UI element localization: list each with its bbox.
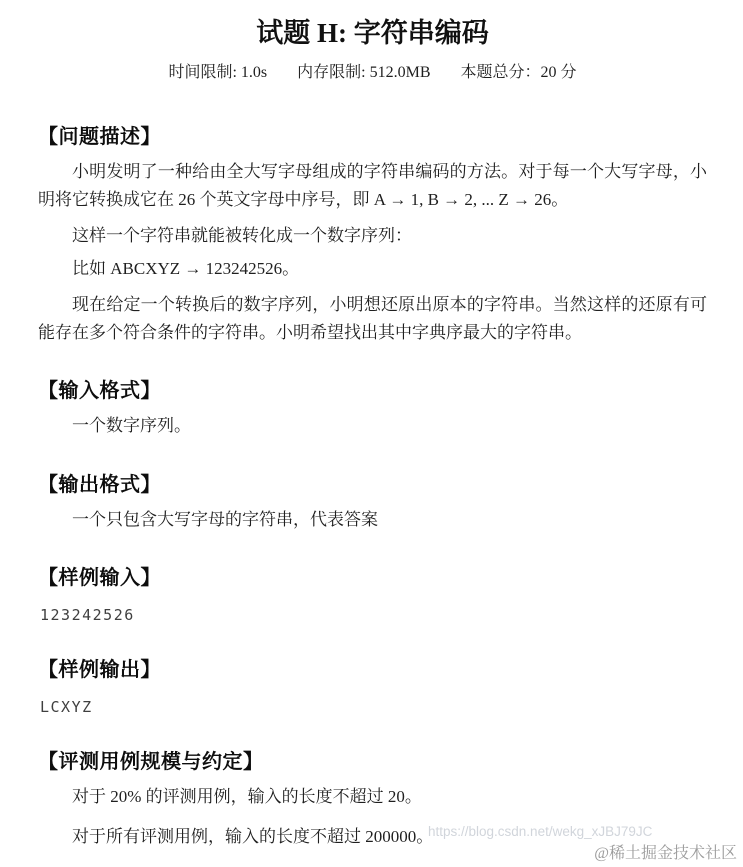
problem-paragraph: 小明发明了一种给由全大写字母组成的字符串编码的方法。对于每一个大写字母，小明将它…: [38, 158, 707, 213]
problem-statement-page: 试题 H: 字符串编码 时间限制: 1.0s 内存限制: 512.0MB 本题总…: [0, 0, 743, 867]
section-heading-constraints: 【评测用例规模与约定】: [38, 749, 707, 775]
input-format-paragraph: 一个数字序列。: [38, 412, 707, 440]
section-problem-description: 【问题描述】 小明发明了一种给由全大写字母组成的字符串编码的方法。对于每一个大写…: [38, 124, 707, 346]
constraints-paragraph: 对于 20% 的评测用例，输入的长度不超过 20。: [38, 783, 707, 811]
section-sample-input: 【样例输入】 123242526: [38, 565, 707, 625]
time-limit-label: 时间限制: 1.0s: [168, 64, 267, 81]
sample-input-value: 123242526: [40, 605, 707, 625]
output-format-paragraph: 一个只包含大写字母的字符串，代表答案: [38, 506, 707, 534]
section-heading-sample-output: 【样例输出】: [38, 657, 707, 683]
page-title: 试题 H: 字符串编码: [38, 16, 707, 50]
section-heading-input-format: 【输入格式】: [38, 378, 707, 404]
limits-bar: 时间限制: 1.0s 内存限制: 512.0MB 本题总分：20 分: [38, 62, 707, 84]
section-output-format: 【输出格式】 一个只包含大写字母的字符串，代表答案: [38, 472, 707, 534]
section-sample-output: 【样例输出】 LCXYZ: [38, 657, 707, 717]
section-heading-problem-description: 【问题描述】: [38, 124, 707, 150]
constraints-paragraph: 对于所有评测用例，输入的长度不超过 200000。: [38, 823, 707, 851]
section-heading-sample-input: 【样例输入】: [38, 565, 707, 591]
problem-paragraph: 这样一个字符串就能被转化成一个数字序列：: [38, 222, 707, 250]
total-score-label: 本题总分：20 分: [461, 64, 577, 81]
problem-paragraph: 比如 ABCXYZ → 123242526。: [38, 255, 707, 283]
memory-limit-label: 内存限制: 512.0MB: [297, 64, 430, 81]
problem-paragraph: 现在给定一个转换后的数字序列，小明想还原出原本的字符串。当然这样的还原有可能存在…: [38, 291, 707, 346]
section-heading-output-format: 【输出格式】: [38, 472, 707, 498]
section-constraints: 【评测用例规模与约定】 对于 20% 的评测用例，输入的长度不超过 20。 对于…: [38, 749, 707, 850]
document-content: 试题 H: 字符串编码 时间限制: 1.0s 内存限制: 512.0MB 本题总…: [0, 0, 743, 850]
sample-output-value: LCXYZ: [40, 697, 707, 717]
section-input-format: 【输入格式】 一个数字序列。: [38, 378, 707, 440]
